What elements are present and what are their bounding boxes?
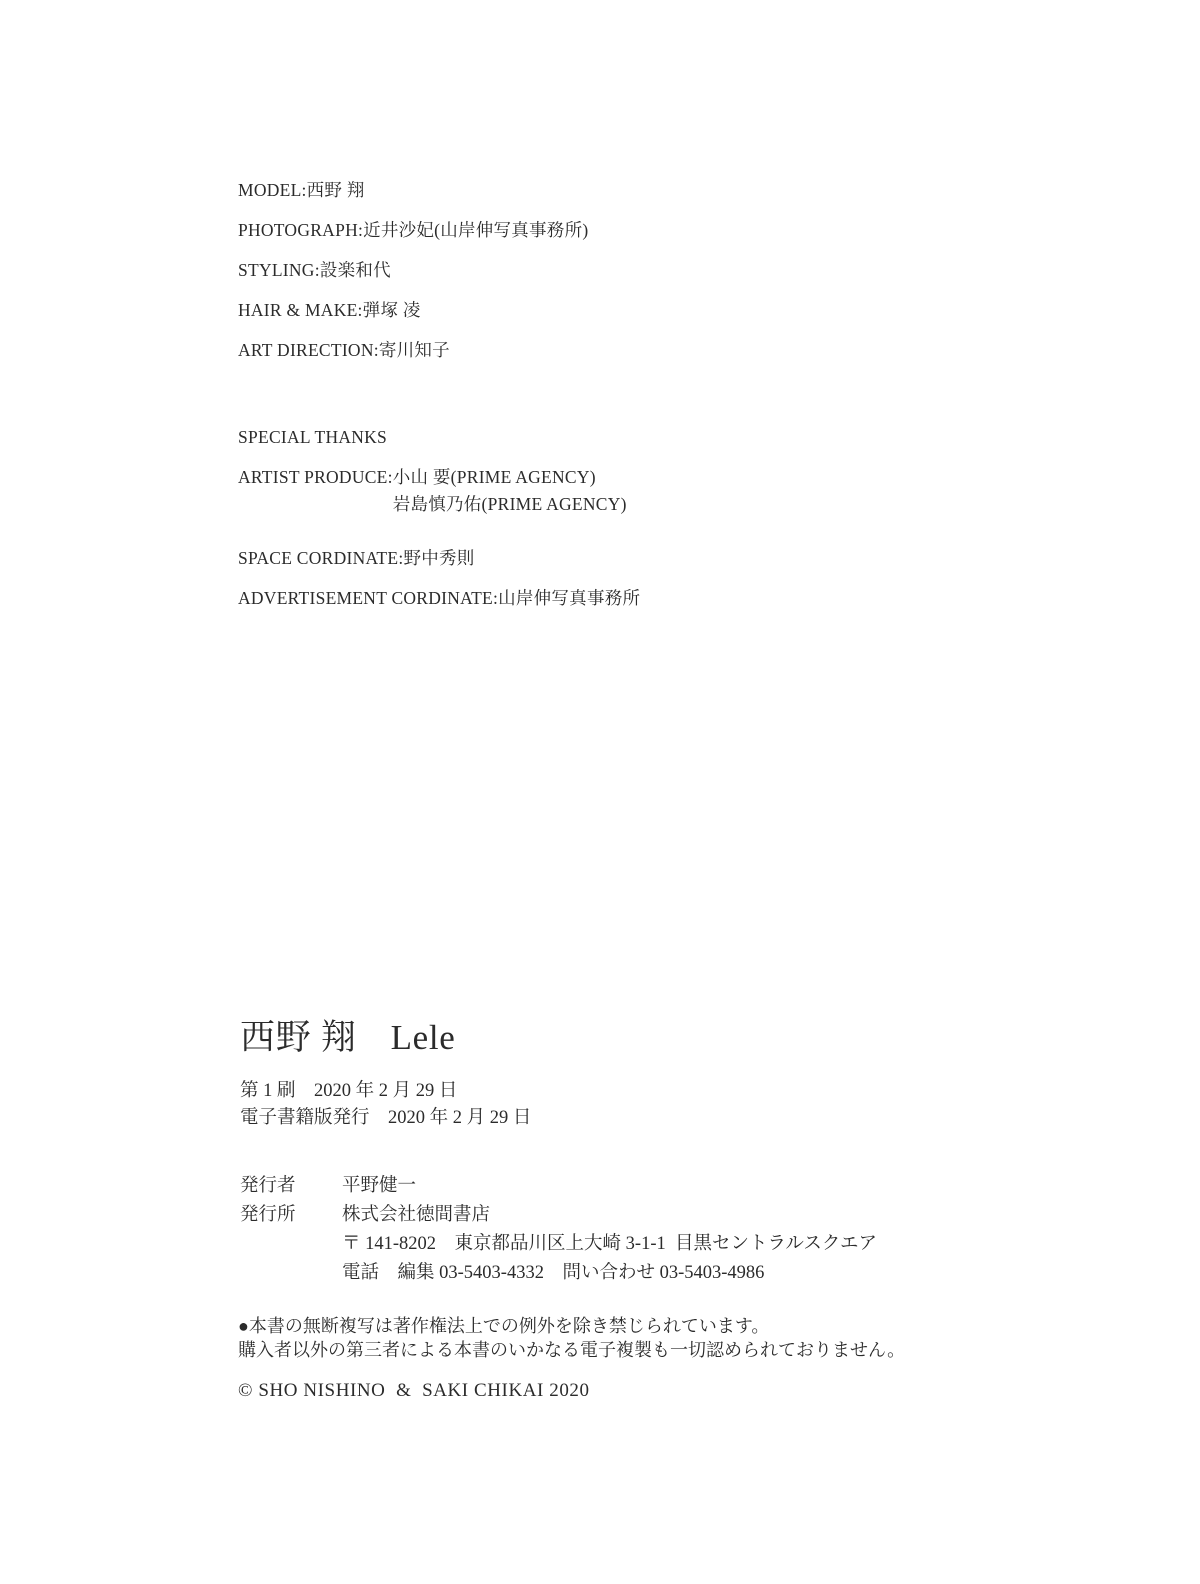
artist-produce-row: ARTIST PRODUCE: 小山 要(PRIME AGENCY) 岩島慎乃佑… bbox=[238, 464, 640, 518]
artist-produce-names: 小山 要(PRIME AGENCY) 岩島慎乃佑(PRIME AGENCY) bbox=[393, 464, 627, 518]
book-title-row: 西野 翔 Lele bbox=[240, 1016, 456, 1060]
credits-section: MODEL:西野 翔 PHOTOGRAPH:近井沙妃(山岸伸写真事務所) STY… bbox=[238, 170, 588, 370]
publisher-label: 発行所 bbox=[240, 1201, 342, 1230]
special-thanks-heading: SPECIAL THANKS bbox=[238, 417, 640, 457]
credit-line-photograph: PHOTOGRAPH:近井沙妃(山岸伸写真事務所) bbox=[238, 210, 588, 250]
publisher-label bbox=[240, 1259, 342, 1288]
publisher-row: 電話 編集 03-5403-4332 問い合わせ 03-5403-4986 bbox=[240, 1259, 877, 1288]
book-title-ja: 西野 翔 bbox=[240, 1016, 357, 1060]
publisher-row: 〒 141-8202 東京都品川区上大崎 3-1-1 目黒セントラルスクエア bbox=[240, 1230, 877, 1259]
space-cordinate-line: SPACE CORDINATE:野中秀則 bbox=[238, 538, 640, 578]
publisher-value: 株式会社徳間書店 bbox=[342, 1201, 490, 1230]
copy-notice: ●本書の無断複写は著作権法上での例外を除き禁じられています。 購入者以外の第三者… bbox=[238, 1314, 905, 1362]
credit-line-model: MODEL:西野 翔 bbox=[238, 170, 588, 210]
credit-line-hair-make: HAIR & MAKE:弾塚 凌 bbox=[238, 290, 588, 330]
notice-line: 購入者以外の第三者による本書のいかなる電子複製も一切認められておりません。 bbox=[238, 1338, 905, 1362]
artist-produce-name: 岩島慎乃佑(PRIME AGENCY) bbox=[393, 491, 627, 518]
notice-line: ●本書の無断複写は著作権法上での例外を除き禁じられています。 bbox=[238, 1314, 905, 1338]
publisher-section: 発行者 平野健一 発行所 株式会社徳間書店 〒 141-8202 東京都品川区上… bbox=[240, 1172, 877, 1288]
publisher-label: 発行者 bbox=[240, 1172, 342, 1201]
publisher-value: 平野健一 bbox=[342, 1172, 416, 1201]
publisher-phone: 電話 編集 03-5403-4332 問い合わせ 03-5403-4986 bbox=[342, 1259, 764, 1288]
artist-produce-name: 小山 要(PRIME AGENCY) bbox=[393, 464, 627, 491]
book-title-en: Lele bbox=[391, 1016, 456, 1060]
publisher-row: 発行所 株式会社徳間書店 bbox=[240, 1201, 877, 1230]
copyright-line: © SHO NISHINO & SAKI CHIKAI 2020 bbox=[238, 1378, 590, 1404]
credit-line-styling: STYLING:設楽和代 bbox=[238, 250, 588, 290]
publication-dates: 第 1 刷 2020 年 2 月 29 日 電子書籍版発行 2020 年 2 月… bbox=[240, 1078, 531, 1132]
publisher-label bbox=[240, 1230, 342, 1259]
ebook-line: 電子書籍版発行 2020 年 2 月 29 日 bbox=[240, 1105, 531, 1132]
publisher-address: 〒 141-8202 東京都品川区上大崎 3-1-1 目黒セントラルスクエア bbox=[342, 1230, 877, 1259]
credit-line-art-direction: ART DIRECTION:寄川知子 bbox=[238, 330, 588, 370]
special-thanks-section: SPECIAL THANKS ARTIST PRODUCE: 小山 要(PRIM… bbox=[238, 417, 640, 618]
advertisement-cordinate-line: ADVERTISEMENT CORDINATE:山岸伸写真事務所 bbox=[238, 578, 640, 618]
artist-produce-label: ARTIST PRODUCE: bbox=[238, 464, 393, 518]
printing-line: 第 1 刷 2020 年 2 月 29 日 bbox=[240, 1078, 531, 1105]
publisher-row: 発行者 平野健一 bbox=[240, 1172, 877, 1201]
